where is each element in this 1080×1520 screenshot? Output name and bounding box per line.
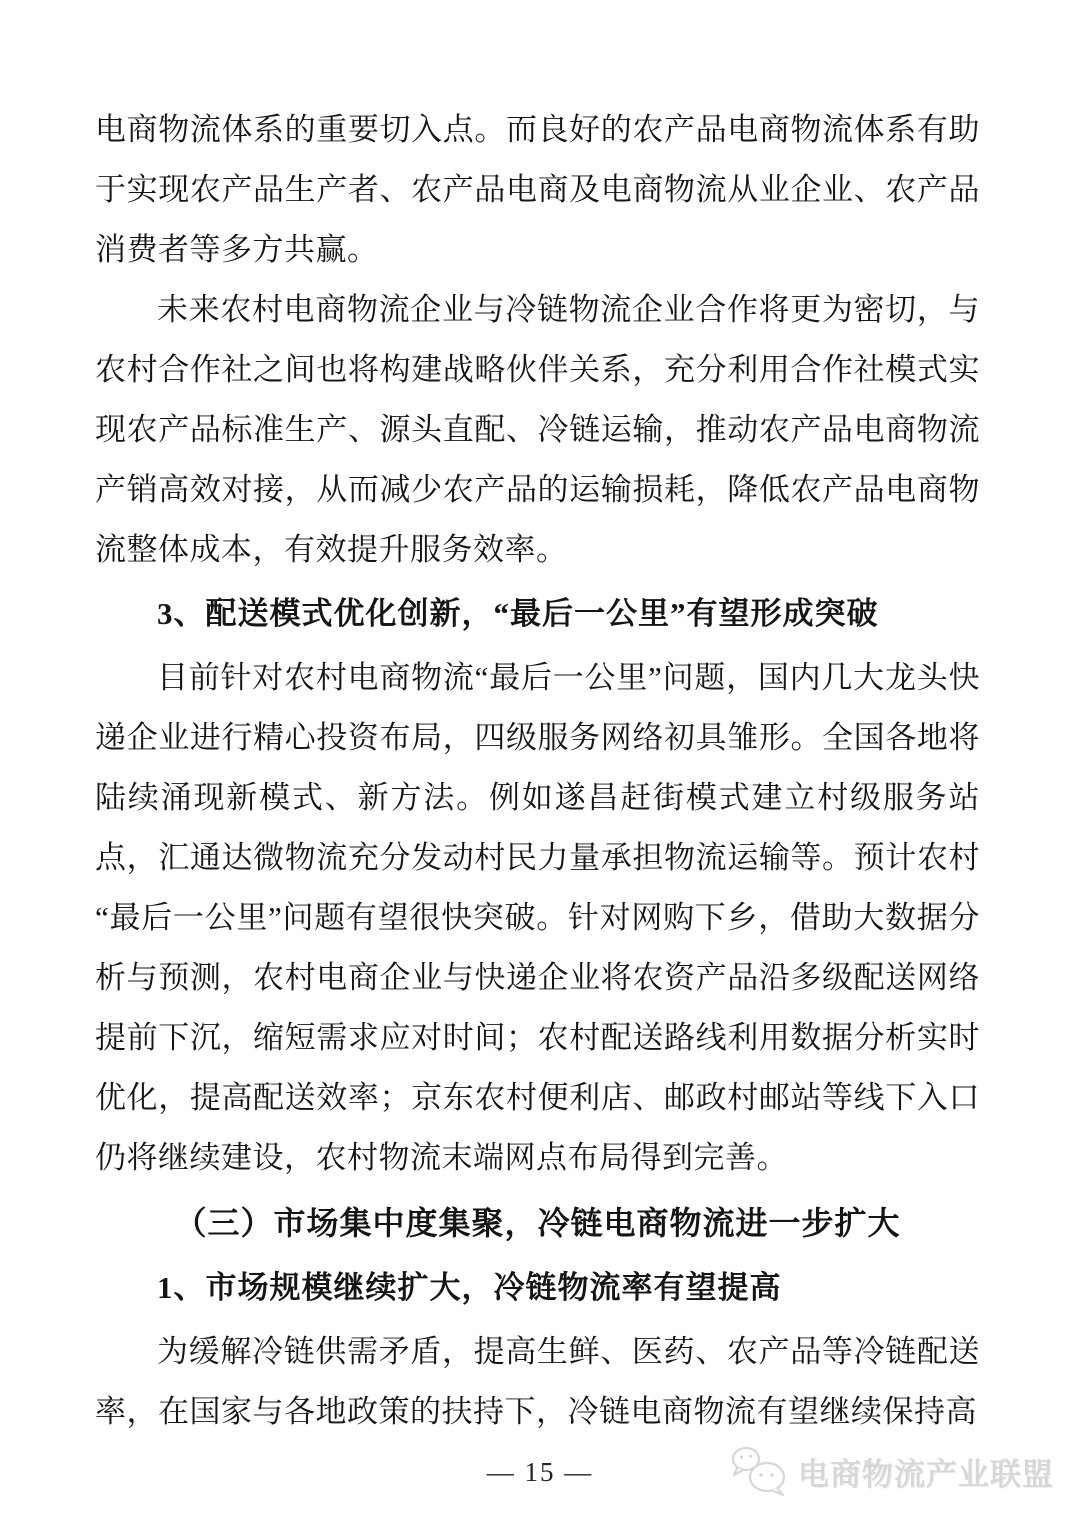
- body-paragraph: 未来农村电商物流企业与冷链物流企业合作将更为密切，与农村合作社之间也将构建战略伙…: [95, 280, 980, 580]
- body-paragraph: 目前针对农村电商物流“最后一公里”问题，国内几大龙头快递企业进行精心投资布局，四…: [95, 648, 980, 1188]
- body-paragraph: 为缓解冷链供需矛盾，提高生鲜、医药、农产品等冷链配送率，在国家与各地政策的扶持下…: [95, 1322, 980, 1442]
- document-body: 电商物流体系的重要切入点。而良好的农产品电商物流体系有助于实现农产品生产者、农产…: [0, 0, 1080, 1442]
- document-page: { "document": { "blocks": [ { "type": "p…: [0, 0, 1080, 1520]
- wechat-bubbles-icon: [730, 1444, 788, 1498]
- body-paragraph-continued: 电商物流体系的重要切入点。而良好的农产品电商物流体系有助于实现农产品生产者、农产…: [95, 100, 980, 280]
- watermark-label: 电商物流产业联盟: [798, 1449, 1054, 1494]
- subsection-heading-3: 3、配送模式优化创新，“最后一公里”有望形成突破: [95, 584, 980, 644]
- subsection-heading-1: 1、市场规模继续扩大，冷链物流率有望提高: [95, 1258, 980, 1318]
- brand-watermark: 电商物流产业联盟: [730, 1444, 1054, 1498]
- section-heading-three: （三）市场集中度集聚，冷链电商物流进一步扩大: [95, 1192, 980, 1254]
